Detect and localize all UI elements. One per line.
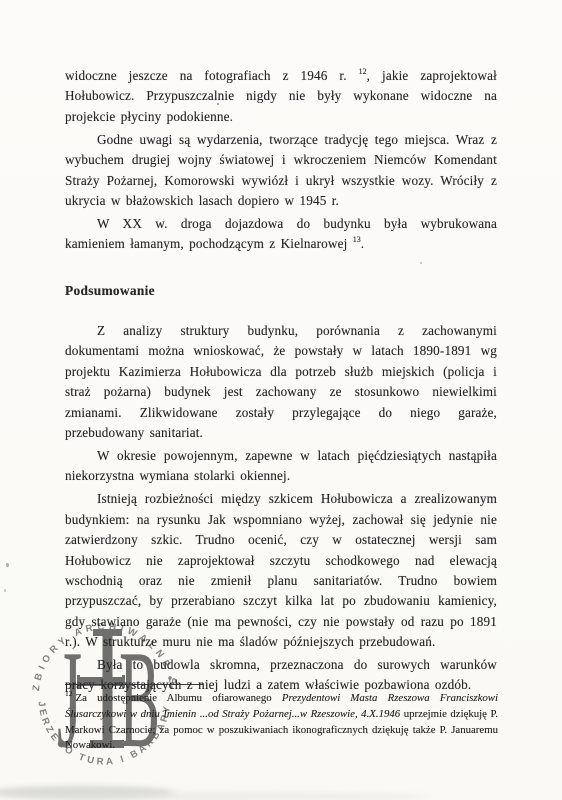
footnote-12: 12Za udostępnienie Albumu ofiarowanego P… [65,686,498,754]
footnote-ref-12: 12 [359,67,367,76]
paragraph-6: Istnieją rozbieżności między szkicem Hoł… [65,489,497,652]
paragraph-text: W XX w. droga dojazdowa do budynku była … [65,216,497,251]
scan-speck [6,563,9,567]
footnote-ref-13: 13 [353,235,361,244]
scan-smudge-bottom-edge [0,792,430,800]
paragraph-2: Godne uwagi są wydarzenia, tworzące trad… [65,130,497,212]
paragraph-1: widoczne jeszcze na fotografiach z 1946 … [65,66,497,127]
scan-speck [4,589,6,592]
paragraph-5: W okresie powojennym, zapewne w latach p… [65,446,497,487]
document-body: widoczne jeszcze na fotografiach z 1946 … [65,66,497,696]
section-heading-podsumowanie: Podsumowanie [65,281,497,301]
footnote-marker: 12 [65,689,73,698]
paragraph-text: widoczne jeszcze na fotografiach z 1946 … [65,68,359,83]
scanned-document-page: ZBIORY ARCHIWALNE S JERZEGO TURA I BARBA… [0,0,562,800]
footnote-text: Za udostępnienie Albumu ofiarowanego [76,692,282,704]
paragraph-4: Z analizy struktury budynku, porównania … [65,321,497,443]
paragraph-3: W XX w. droga dojazdowa do budynku była … [65,214,497,255]
paragraph-text: . [361,236,364,251]
